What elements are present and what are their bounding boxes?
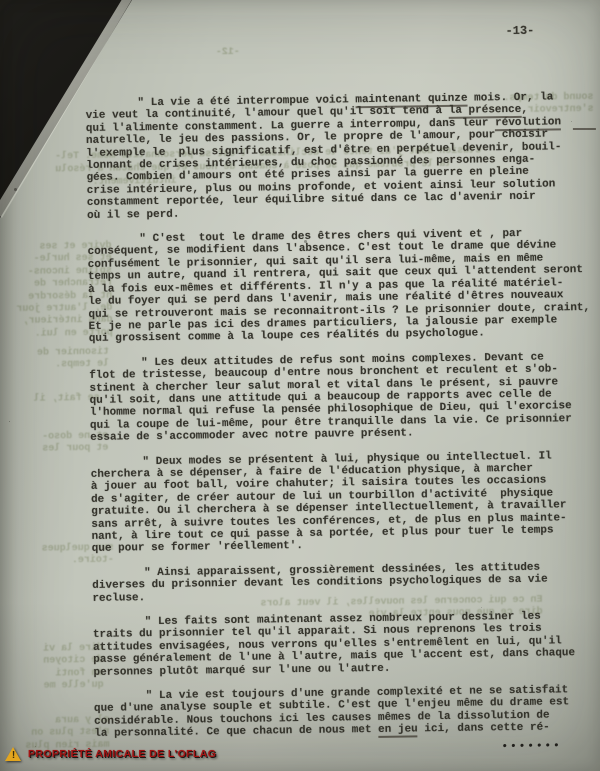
- paragraph: " Deux modes se présentent à lui, physiq…: [90, 449, 596, 555]
- page-number: -13-: [505, 24, 534, 38]
- paragraph: " Les faits sont maintenant assez nombre…: [93, 610, 599, 679]
- bleedthrough-fragment: se fait, il: [10, 393, 100, 407]
- paragraph: " Les deux attitudes de refus sont moins…: [89, 351, 595, 445]
- typed-text: " La vie a été interrompue voici mainten…: [85, 91, 599, 753]
- paragraph: " Ainsi apparaissent, grossièrement dess…: [92, 561, 597, 605]
- paragraph: " La vie a été interrompue voici mainten…: [85, 91, 592, 222]
- watermark: ! PROPRIÉTÉ AMICALE DE L'OFLAG: [5, 743, 216, 765]
- page-content: -12-clusion dont j'ai tenté le déclinism…: [0, 0, 600, 771]
- warning-triangle-icon: !: [5, 747, 22, 762]
- watermark-label: PROPRIÉTÉ AMICALE DE L'OFLAG: [28, 748, 216, 760]
- bleedthrough-fragment: -12-: [200, 47, 240, 60]
- pen-underline-tail: [573, 128, 596, 130]
- paper-specks: [14, 188, 17, 191]
- document-page: -12-clusion dont j'ai tenté le déclinism…: [0, 0, 600, 771]
- bleedthrough-fragment: dire la vi de citoyen en fonti qu'elle m…: [3, 643, 104, 694]
- paragraph: " La vie est toujours d'une grande compl…: [94, 684, 600, 741]
- ellipsis-dots: •••••••: [501, 740, 561, 753]
- pen-underline: en jeu: [378, 724, 418, 739]
- photographed-document: -12-clusion dont j'ai tenté le déclinism…: [0, 0, 600, 771]
- paragraph: " C'est tout le drame des êtres chers qu…: [87, 227, 594, 346]
